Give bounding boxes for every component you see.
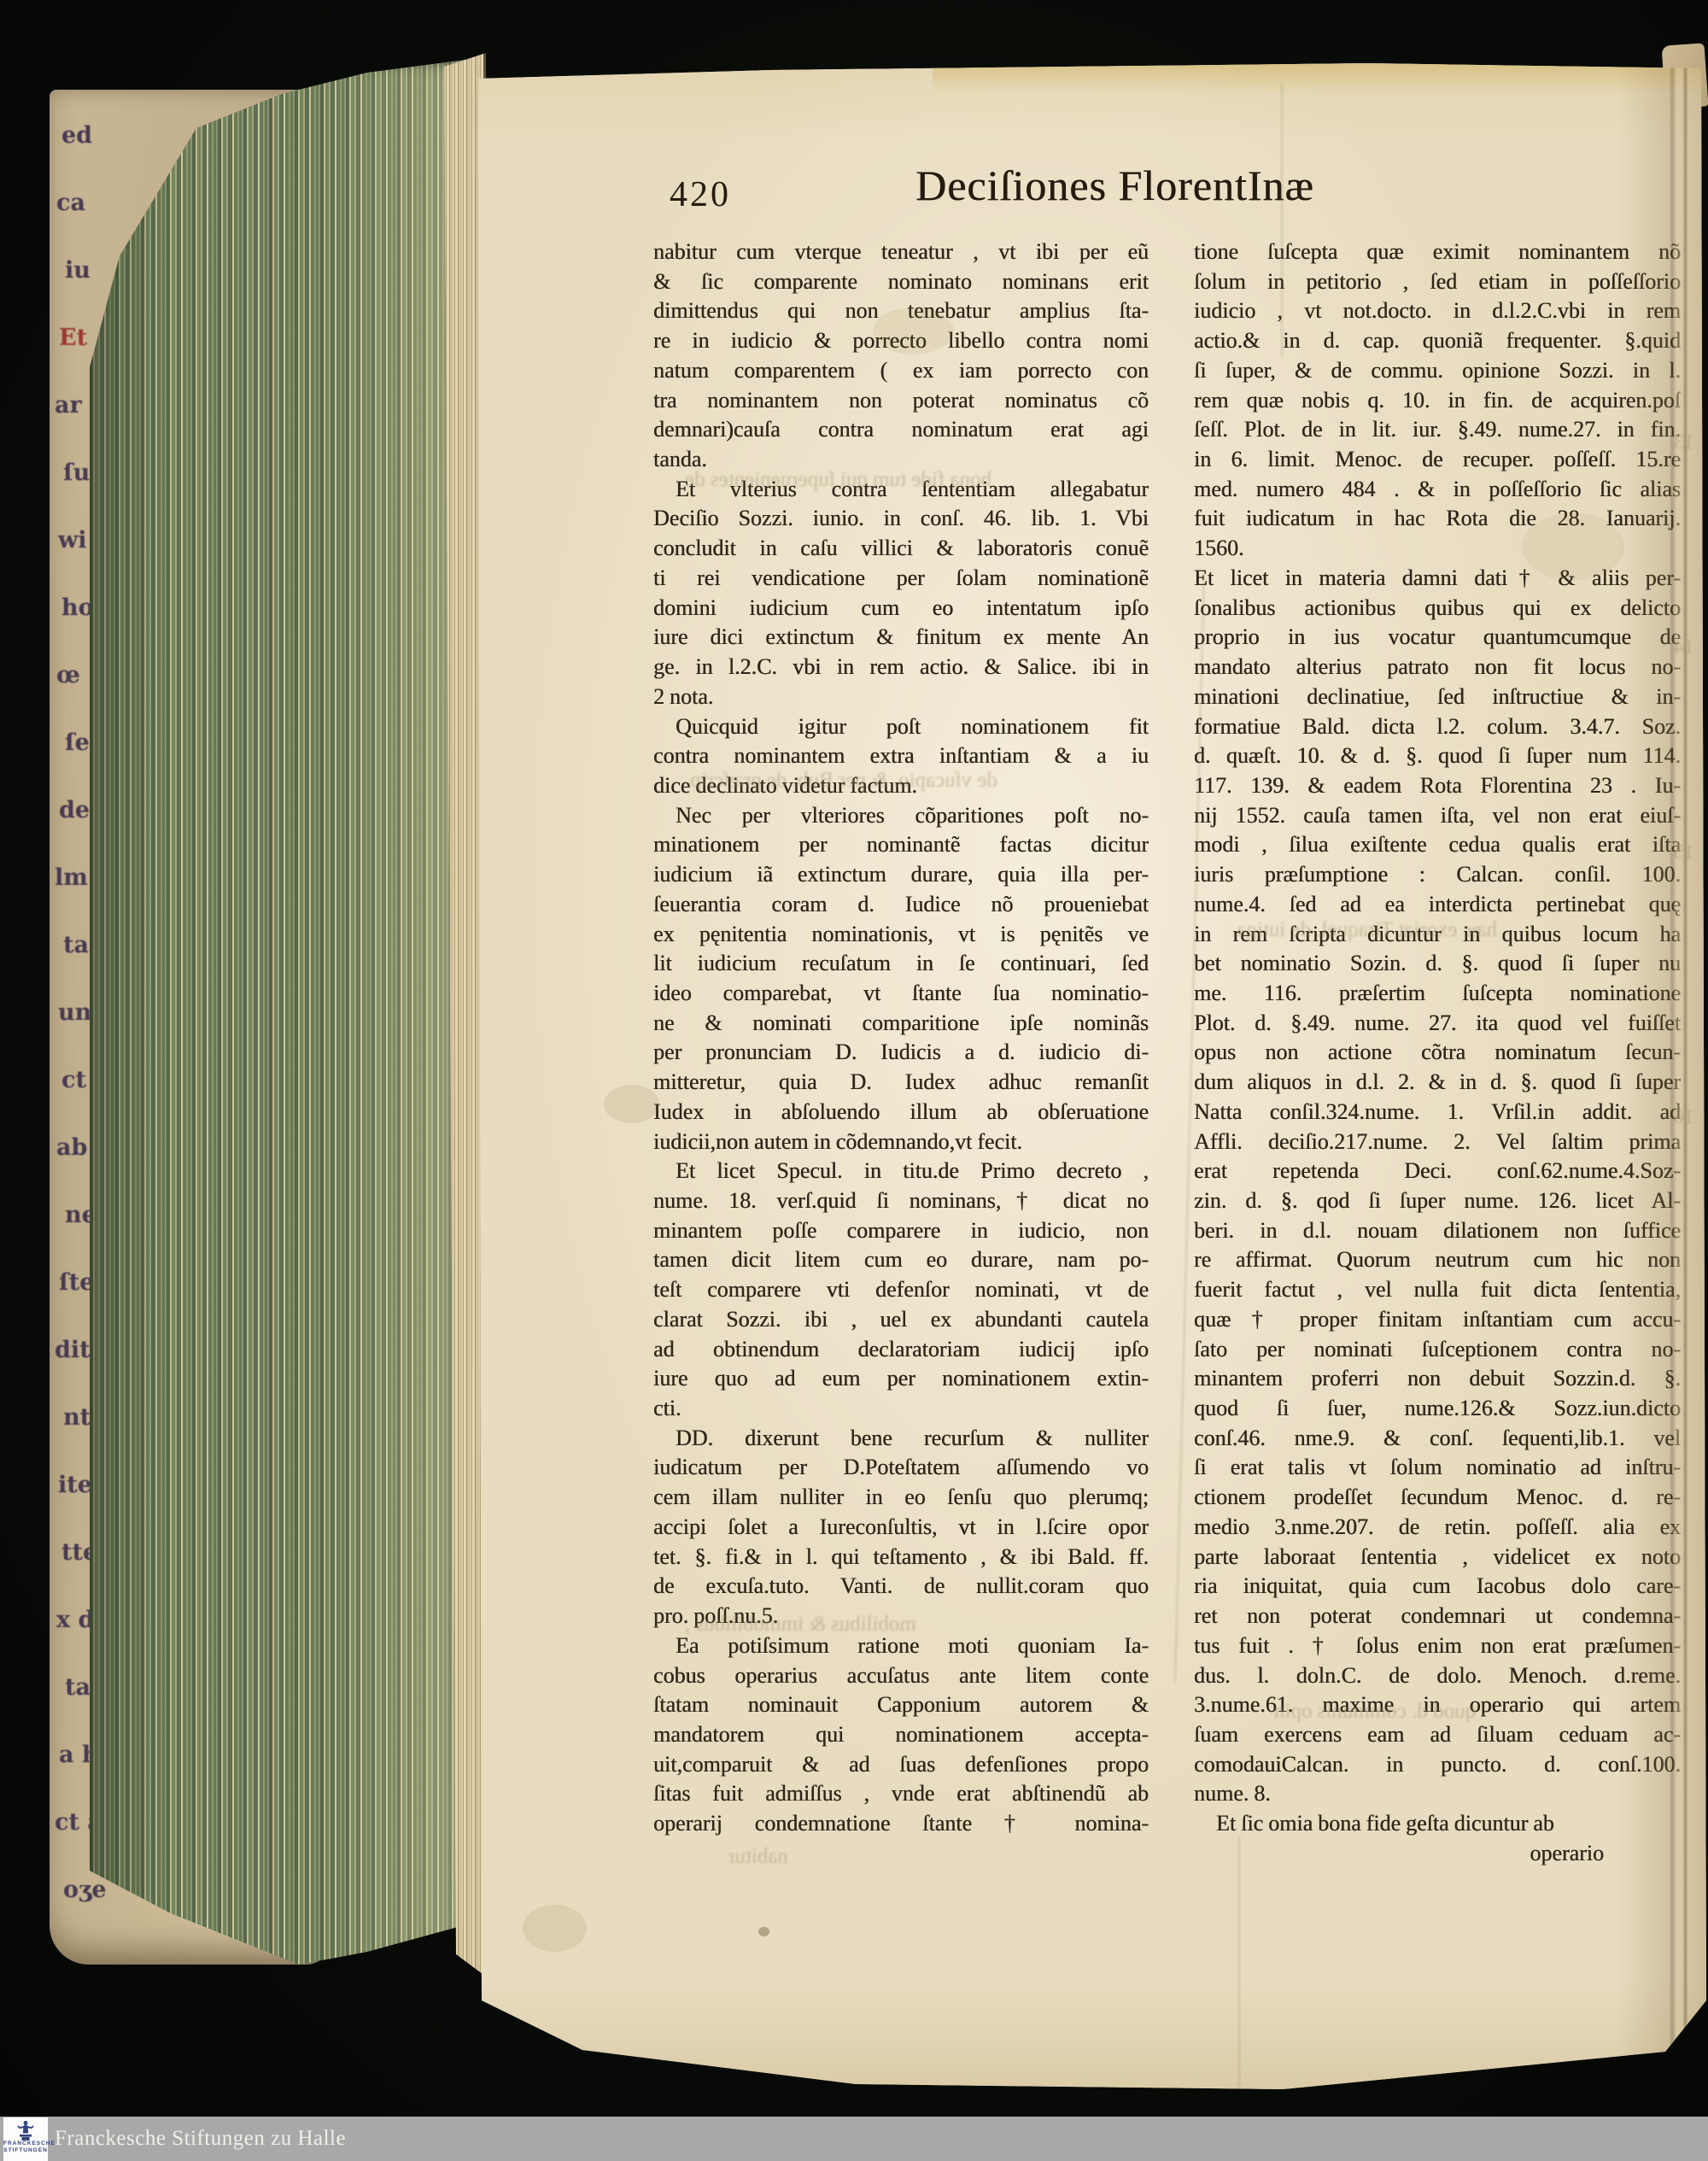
text-line: iudicatum per D.Poteſtatem aſſumendo vo [653, 1453, 1149, 1483]
text-line: Quicquid igitur poſt nominationem fit [653, 712, 1149, 742]
text-line: tet. §. fi.& in l. qui teſtamento , & ib… [653, 1543, 1149, 1572]
text-line: nij 1552. cauſa tamen iſta, vel non erat… [1194, 801, 1681, 831]
text-line: quod ſi ſuer, nume.126.& Sozz.iun.dicto [1194, 1394, 1681, 1424]
text-line: iudicio , vt not.docto. in d.l.2.C.vbi i… [1194, 296, 1681, 326]
catchword-line: operario [1194, 1839, 1681, 1869]
text-line: beri. in d.l. nouam dilationem non ſuffi… [1194, 1216, 1681, 1246]
running-title: Deciſiones FlorentInæ [915, 161, 1314, 210]
text-line: parte laboraat ſententia , videlicet ex … [1194, 1543, 1681, 1572]
text-line: teſt comparere vti defenſor nominati, vt… [653, 1275, 1149, 1305]
text-line: cobus operarius accuſatus ante litem con… [653, 1661, 1149, 1691]
text-line: proprio in ius vocatur quantumcumque de [1194, 623, 1681, 653]
text-line: me. 116. præſertim ſuſcepta nominatione [1194, 979, 1681, 1009]
text-line: iuris præſumptione : Calcan. conſil. 100… [1194, 860, 1681, 890]
text-line: demnari)cauſa contra nominatum erat agi [653, 415, 1149, 445]
text-line: de excuſa.tuto. Vanti. de nullit.coram q… [653, 1572, 1149, 1602]
text-line: Natta conſil.324.nume. 1. Vrſil.in addit… [1194, 1098, 1681, 1127]
text-line: medio 3.nme.207. de retin. poſſeſſ. alia… [1194, 1513, 1681, 1543]
text-line: minationem per nominantẽ factas dicitur [653, 830, 1149, 860]
text-line: in 6. limit. Menoc. de recuper. poſſeſſ.… [1194, 445, 1681, 475]
text-line: dum aliquos in d.l. 2. & in d. §. quod ſ… [1194, 1068, 1681, 1098]
text-line: Affli. deciſio.217.nume. 2. Vel ſaltim p… [1194, 1127, 1681, 1157]
statue-icon [16, 2120, 35, 2141]
text-line: nume. 8. [1194, 1779, 1681, 1809]
scan-viewport: edcaiuEtarſulwihoœſedelmtaunctabneſtedit… [0, 0, 1708, 2161]
text-line: ad obtinendum declaratoriam iudicij ipſo [653, 1335, 1149, 1365]
text-line: modi , ſilua exiſtente cedua qualis erat… [1194, 830, 1681, 860]
manuscript-glyph: un [58, 999, 91, 1026]
text-line: Deciſio Sozzi. iunio. in conſ. 46. lib. … [653, 504, 1149, 534]
text-line: Et ſic omia bona fide geſta dicuntur ab [1194, 1809, 1681, 1839]
text-line: Iudex in abſoluendo illum ab obſeruation… [653, 1098, 1149, 1127]
text-line: ti rei vendicatione per ſolam nomination… [653, 564, 1149, 594]
gutter-shading [1616, 60, 1708, 2103]
manuscript-glyph: ca [56, 190, 85, 216]
text-line: fuerit factut , vel nulla fuit dicta ſen… [1194, 1275, 1681, 1305]
text-line: iure dici extinctum & finitum ex mente A… [653, 623, 1149, 653]
text-line: Plot. d. §.49. nume. 27. ita quod vel fu… [1194, 1009, 1681, 1039]
text-line: rem quæ nobis q. 10. in fin. de acquiren… [1194, 386, 1681, 416]
text-line: mitteretur, quia D. Iudex adhuc remanſit [653, 1068, 1149, 1098]
manuscript-glyph: wi [58, 527, 87, 553]
text-line: ctionem prodeſſet ſecundum Menoc. d. re- [1194, 1483, 1681, 1513]
text-line: ſato per nominati ſuſceptionem contra no… [1194, 1335, 1681, 1365]
text-line: nume.4. ſed ad ea interdicta pertinebat … [1194, 890, 1681, 920]
show-through-text: bona fide tum qui ſuperuenientes de [685, 468, 991, 492]
text-line: minationi declinatiue, ſed inſtructiue &… [1194, 682, 1681, 712]
manuscript-glyph: dit [55, 1337, 91, 1363]
paper-stain [1522, 512, 1624, 581]
show-through-text: de vſucapio. & per Bub. de præſcrip. [685, 769, 997, 793]
text-line: ne & nominati comparitione ipſe nominãs [653, 1009, 1149, 1039]
show-through-text: mobilibus & immobilibus , [685, 1613, 916, 1637]
show-through-text: quod d. communis opin [1274, 1700, 1476, 1724]
text-line: opus non actione cõtra nominatum ſecun- [1194, 1038, 1681, 1068]
text-line: ſi ſuper, & de commu. opinione Sozzi. in… [1194, 356, 1681, 386]
text-line: zin. d. §. qod ſi ſuper nume. 126. licet… [1194, 1186, 1681, 1216]
text-line: ex pęnitentia nominationis, vt is pęnitẽ… [653, 920, 1149, 950]
paper-stain [604, 1085, 659, 1123]
text-line: 28nume. 18. verſ.quid ſi nominans,† dica… [653, 1186, 1149, 1216]
text-line: 2 nota. [653, 682, 1149, 712]
text-line: iure quo ad eum per nominationem extin- [653, 1364, 1149, 1394]
text-line: med. numero 484 . & in poſſeſſorio ſic a… [1194, 475, 1681, 505]
show-through-text: hæc exoriat Tiraquel. de iutiga. [1231, 918, 1497, 942]
manuscript-glyph: ho [61, 594, 94, 621]
text-line: bet nominatio Sozin. d. §. quod ſi ſuper… [1194, 949, 1681, 979]
logo-text-line: FRANCKESCHE [3, 2141, 48, 2147]
paper-stain [523, 1905, 587, 1952]
text-line: ſi erat talis vt ſolum nominatio ad inſt… [1194, 1453, 1681, 1483]
text-line: clarat Sozzi. ibi , uel ex abundanti cau… [653, 1305, 1149, 1335]
text-line: iudicii,non autem in cõdemnando,vt fecit… [653, 1127, 1149, 1157]
text-line: nabitur cum vterque teneatur , vt ibi pe… [653, 237, 1149, 267]
manuscript-glyph: œ [56, 662, 80, 688]
text-line: ria iniquitat, quia cum Iacobus dolo car… [1194, 1572, 1681, 1602]
text-line: ſonalibus actionibus quibus qui ex delic… [1194, 594, 1681, 624]
text-line: ſtatam nominauit Capponium autorem & [653, 1690, 1149, 1720]
text-line: dus. l. doln.C. de dolo. Menoch. d.reme. [1194, 1661, 1681, 1691]
manuscript-glyph: iu [65, 257, 91, 284]
text-line: DD. dixerunt bene recurſum & nulliter [653, 1424, 1149, 1454]
text-line: ſolum in petitorio , ſed etiam in poſſeſ… [1194, 267, 1681, 297]
manuscript-glyph: de [59, 797, 90, 823]
text-line: tamen dicit litem cum eo durare, nam po- [653, 1245, 1149, 1275]
text-line: d. quæſt. 10. & d. §. quod ſi ſuper num … [1194, 741, 1681, 771]
text-line: per pronunciam D. Iudicis a d. iudicio d… [653, 1038, 1149, 1068]
text-line: conſ.46. nme.9. & conſ. ſequenti,lib.1. … [1194, 1424, 1681, 1454]
manuscript-glyph: ſe [65, 729, 90, 756]
text-line: ſuam exercens eam ad ſiluam ceduam ac- [1194, 1720, 1681, 1750]
text-line: tione ſuſcepta quæ eximit nominantem nõ [1194, 237, 1681, 267]
text-line: ſeſſ. Plot. de in lit. iur. §.49. nume.2… [1194, 415, 1681, 445]
manuscript-glyph: ct [61, 1067, 86, 1093]
page-fold-line [1684, 60, 1687, 2103]
text-line: erat repetenda Deci. conſ.62.nume.4.Soz- [1194, 1157, 1681, 1186]
paper-stain [758, 1927, 769, 1936]
text-line: minantem proferri non debuit Sozzin.d. §… [1194, 1364, 1681, 1394]
manuscript-glyph: Et [59, 325, 87, 351]
paper-crease [1281, 84, 1283, 357]
text-line: concludit in caſu villici & laboratoris … [653, 534, 1149, 564]
text-line: uit,comparuit & ad ſuas defenſiones prop… [653, 1750, 1149, 1780]
text-line: ge. in l.2.C. vbi in rem actio. & Salice… [653, 653, 1149, 682]
show-through-text: nabitur [728, 1845, 788, 1869]
text-line: 29operarij condemnatione ſtante † nomina… [653, 1809, 1149, 1839]
page-top-tint [933, 60, 1708, 94]
text-line: comodauiCalcan. in puncto. d. conſ.100. [1194, 1750, 1681, 1780]
text-line: 32tus fuit . † ſolus enim non erat præſu… [1194, 1631, 1681, 1661]
text-line: contra nominantem extra inſtantiam & a i… [653, 741, 1149, 771]
institution-footer: FRANCKESCHE STIFTUNGEN Franckesche Stift… [0, 2117, 1708, 2161]
manuscript-glyph: ite [58, 1472, 92, 1498]
text-line: mandatorem qui nominationem accepta- [653, 1720, 1149, 1750]
right-text-column: tione ſuſcepta quæ eximit nominantem nõſ… [1194, 237, 1681, 1869]
book-page: 420 Deciſiones FlorentInæ nabitur cum vt… [471, 60, 1708, 2103]
text-line: lit iudicium recuſatum in ſe continuari,… [653, 949, 1149, 979]
manuscript-glyph: ar [55, 392, 82, 419]
text-line: 31quæ † proper finitam inſtantiam cum ac… [1194, 1305, 1681, 1335]
franckesche-stiftungen-logo: FRANCKESCHE STIFTUNGEN [3, 2117, 48, 2161]
text-line: 117. 139. & eadem Rota Florentina 23 . I… [1194, 771, 1681, 801]
text-line: ſeuerantia coram d. Iudice nõ prouenieba… [653, 890, 1149, 920]
text-line: domini iudicium cum eo intentatum ipſo [653, 594, 1149, 624]
manuscript-glyph: lm [55, 864, 88, 891]
manuscript-glyph: ſte [59, 1269, 94, 1296]
text-line: accipi ſolet a Iureconſultis, vt in l.ſc… [653, 1513, 1149, 1543]
text-line: ideo comparebat, vt ſtante ſua nominatio… [653, 979, 1149, 1009]
text-line: ſitas fuit admiſſus , vnde erat abſtinen… [653, 1779, 1149, 1809]
text-line: cti. [653, 1394, 1149, 1424]
paper-crease [1238, 1836, 1240, 2093]
paper-stain [873, 307, 954, 354]
text-line: tra nominantem non poterat nominatus cõ [653, 386, 1149, 416]
manuscript-glyph: ab [56, 1134, 87, 1161]
page-number: 420 [670, 174, 731, 215]
footer-title: Franckesche Stiftungen zu Halle [55, 2117, 346, 2161]
text-line: iudicium iã extinctum durare, quia illa … [653, 860, 1149, 890]
text-line: natum comparentem ( ex iam porrecto con [653, 356, 1149, 386]
text-line: minantem poſſe comparere in iudicio, non [653, 1216, 1149, 1246]
text-line: & ſic comparente nominato nominans erit [653, 267, 1149, 297]
text-line: formatiue Bald. dicta l.2. colum. 3.4.7.… [1194, 712, 1681, 742]
manuscript-glyph: nt [63, 1404, 91, 1431]
manuscript-glyph: ta [63, 932, 89, 958]
text-line: ret non poterat condemnari ut condemna- [1194, 1602, 1681, 1631]
logo-text-line: STIFTUNGEN [3, 2147, 48, 2154]
text-line: cem illam nulliter in eo ſenſu quo pleru… [653, 1483, 1149, 1513]
manuscript-glyph: oʒe [63, 1877, 107, 1903]
text-line: Nec per vlteriores cõparitiones poſt no- [653, 801, 1149, 831]
manuscript-glyph: ed [61, 122, 92, 149]
text-line: re affirmat. Quorum neutrum cum hic non [1194, 1245, 1681, 1275]
text-line: Et licet Specul. in titu.de Primo decret… [653, 1157, 1149, 1186]
text-line: actio.& in d. cap. quoniã frequenter. §.… [1194, 326, 1681, 356]
fore-edge-pages [85, 51, 477, 1969]
text-line: mandato alterius patrato non fit locus n… [1194, 653, 1681, 682]
